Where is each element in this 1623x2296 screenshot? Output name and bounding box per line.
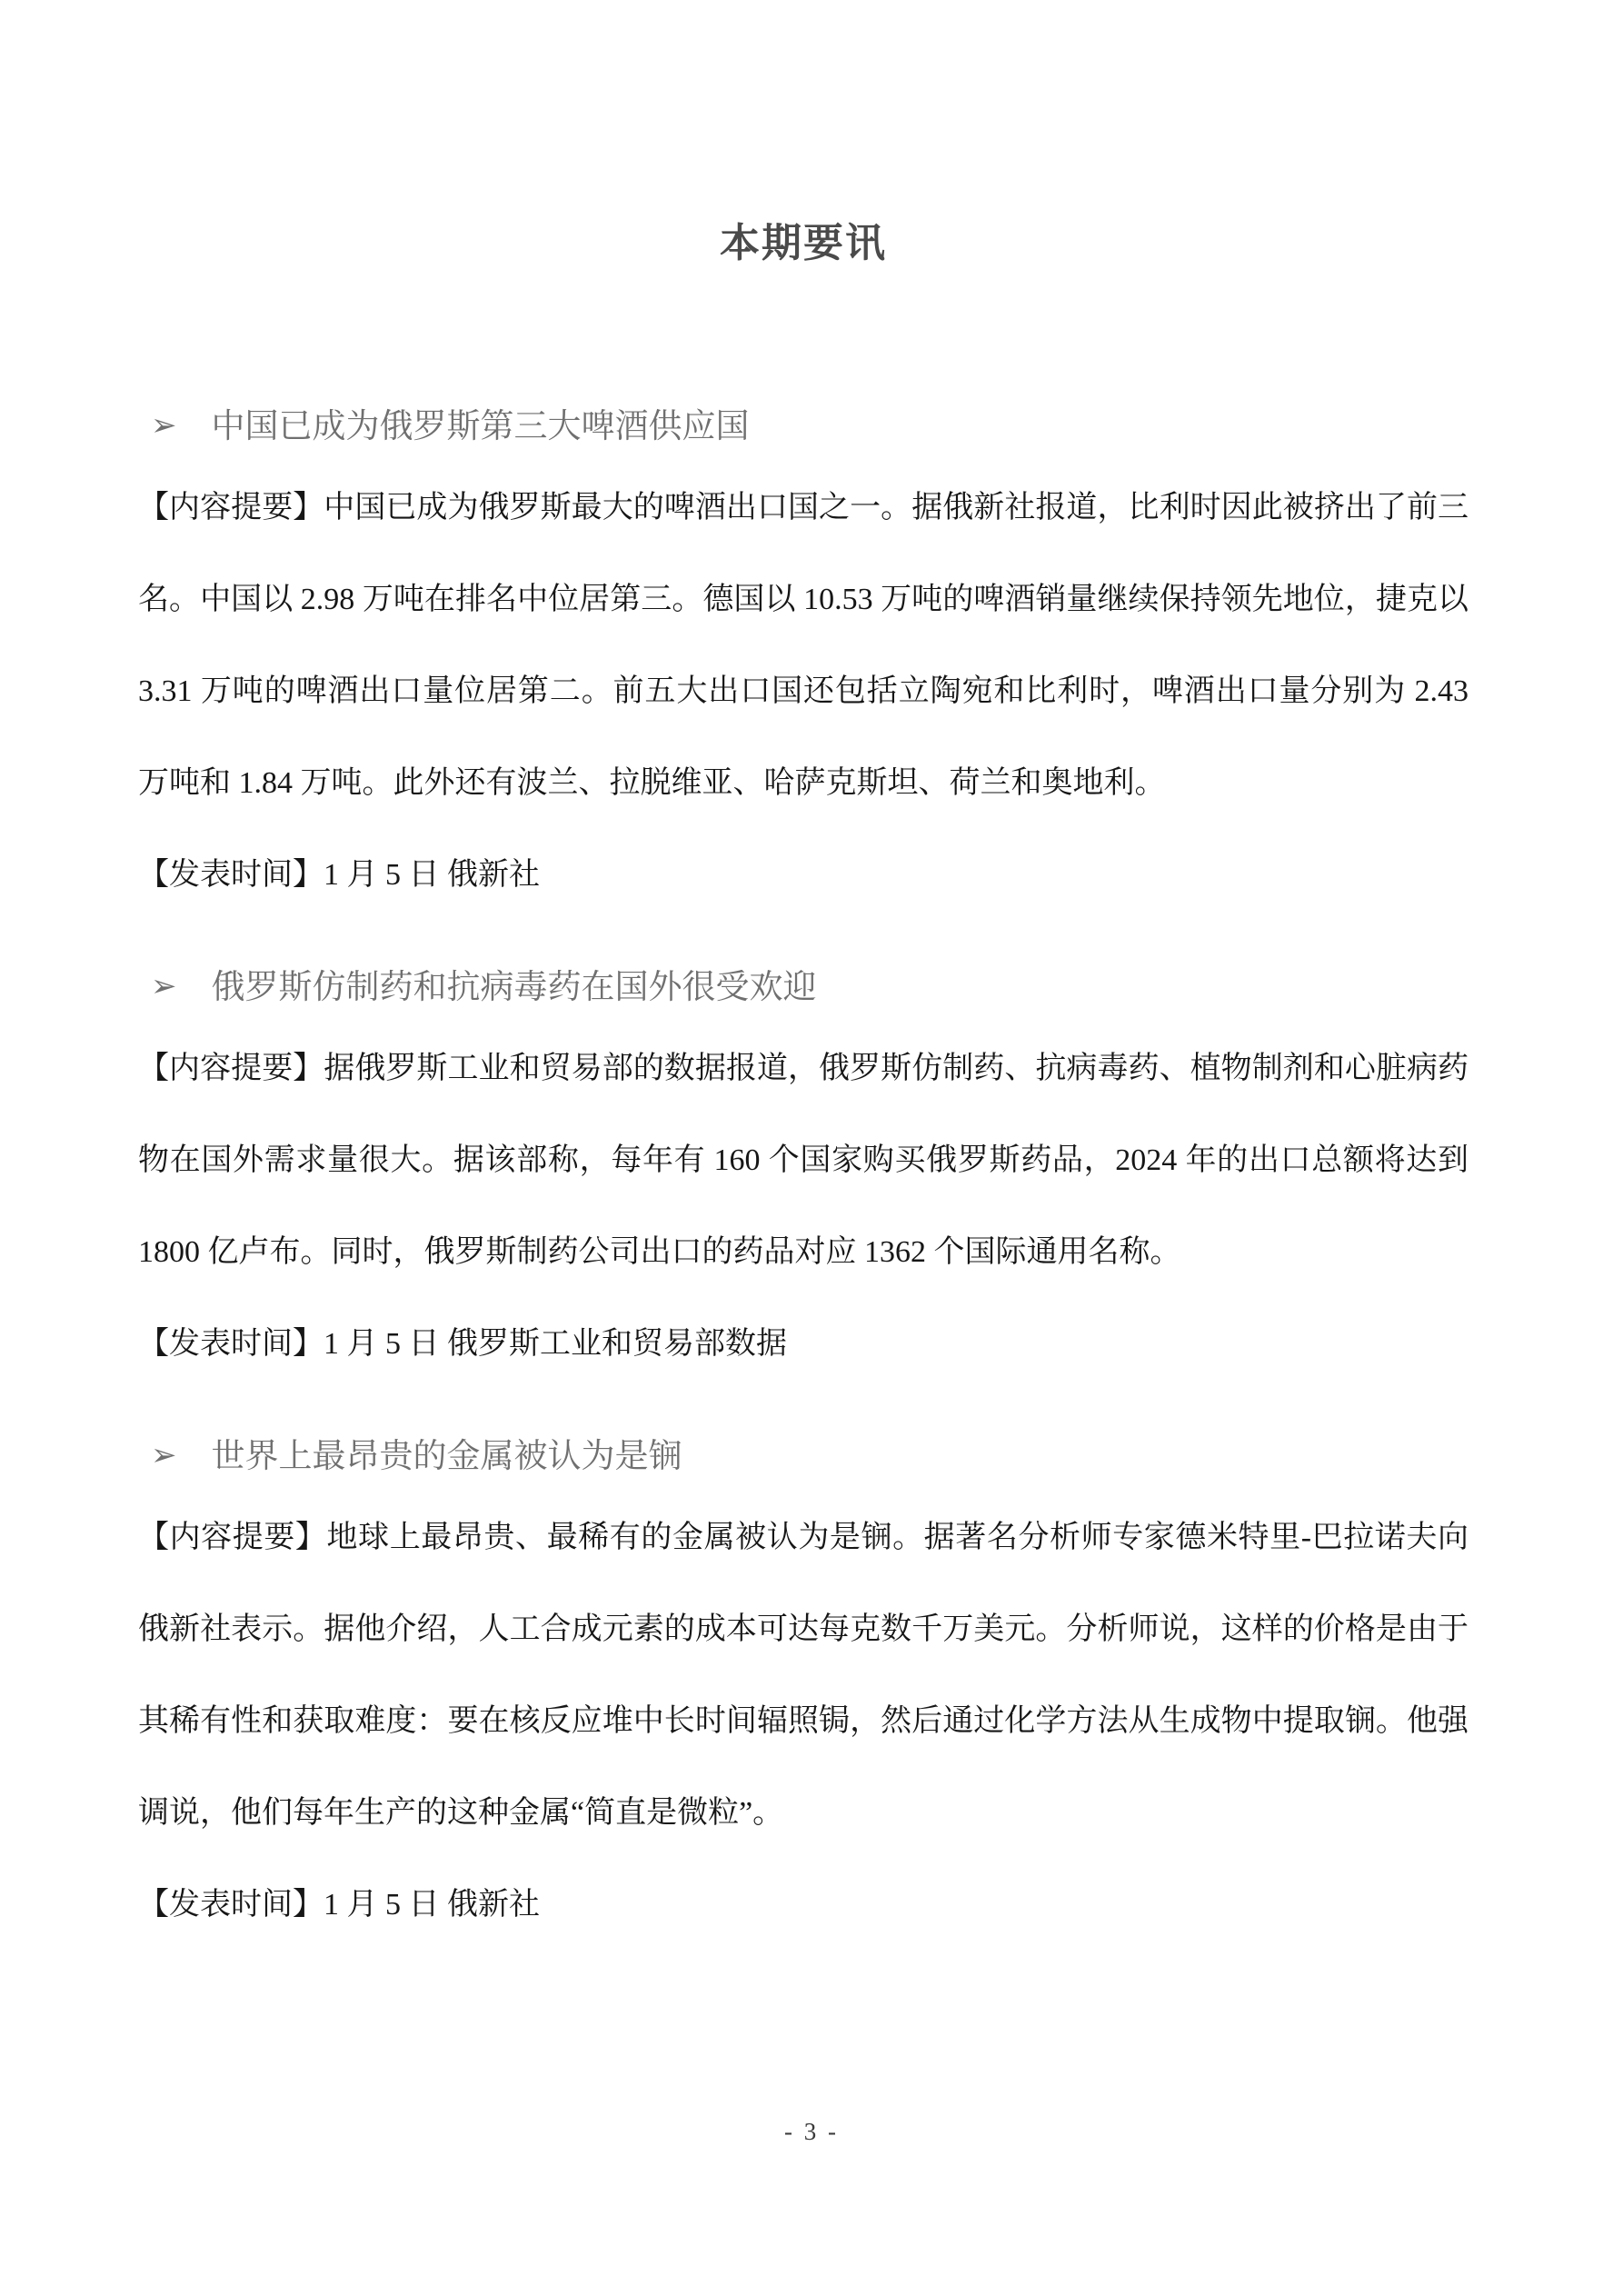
section-publish-date: 【发表时间】1 月 5 日 俄新社 — [138, 829, 1469, 921]
arrow-bullet-icon: ➢ — [151, 1433, 177, 1477]
arrow-bullet-icon: ➢ — [151, 404, 177, 447]
page-title: 本期要讯 — [138, 0, 1469, 269]
section-heading: ➢世界上最昂贵的金属被认为是锎 — [138, 1435, 1469, 1479]
arrow-bullet-icon: ➢ — [151, 964, 177, 1008]
section-summary: 【内容提要】中国已成为俄罗斯最大的啤酒出口国之一。据俄新社报道，比利时因此被挤出… — [138, 462, 1469, 829]
section-publish-date: 【发表时间】1 月 5 日 俄新社 — [138, 1859, 1469, 1951]
page-number: - 3 - — [0, 2118, 1623, 2146]
document-page: 本期要讯 ➢中国已成为俄罗斯第三大啤酒供应国 【内容提要】中国已成为俄罗斯最大的… — [0, 0, 1623, 2296]
section-summary: 【内容提要】地球上最昂贵、最稀有的金属被认为是锎。据著名分析师专家德米特里-巴拉… — [138, 1492, 1469, 1859]
section-heading-text: 中国已成为俄罗斯第三大啤酒供应国 — [212, 408, 750, 445]
section-heading-text: 俄罗斯仿制药和抗病毒药在国外很受欢迎 — [212, 969, 817, 1006]
section-heading: ➢中国已成为俄罗斯第三大啤酒供应国 — [138, 405, 1469, 449]
news-section-pharma: ➢俄罗斯仿制药和抗病毒药在国外很受欢迎 【内容提要】据俄罗斯工业和贸易部的数据报… — [138, 966, 1469, 1390]
section-publish-date: 【发表时间】1 月 5 日 俄罗斯工业和贸易部数据 — [138, 1298, 1469, 1390]
section-summary: 【内容提要】据俄罗斯工业和贸易部的数据报道，俄罗斯仿制药、抗病毒药、植物制剂和心… — [138, 1023, 1469, 1298]
section-heading: ➢俄罗斯仿制药和抗病毒药在国外很受欢迎 — [138, 966, 1469, 1010]
section-heading-text: 世界上最昂贵的金属被认为是锎 — [212, 1438, 682, 1475]
news-section-metal: ➢世界上最昂贵的金属被认为是锎 【内容提要】地球上最昂贵、最稀有的金属被认为是锎… — [138, 1435, 1469, 1951]
news-section-beer: ➢中国已成为俄罗斯第三大啤酒供应国 【内容提要】中国已成为俄罗斯最大的啤酒出口国… — [138, 405, 1469, 921]
page-content: 本期要讯 ➢中国已成为俄罗斯第三大啤酒供应国 【内容提要】中国已成为俄罗斯最大的… — [138, 0, 1469, 1951]
